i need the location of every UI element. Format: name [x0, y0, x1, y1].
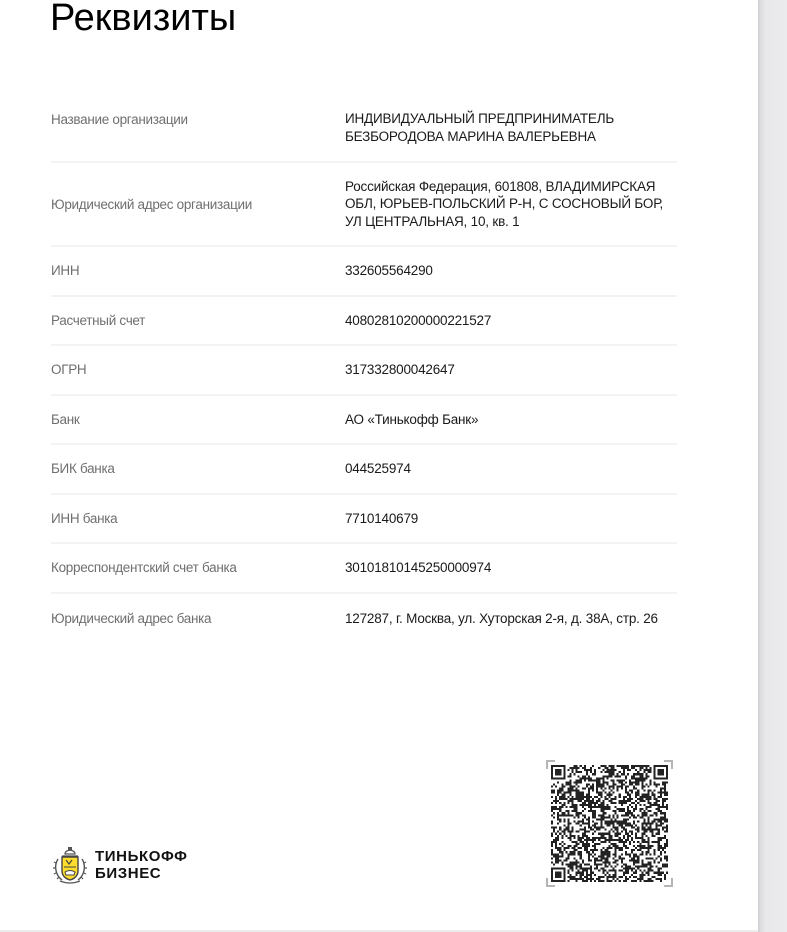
row-label: ИНН банка [51, 511, 345, 526]
row-label: Расчетный счет [51, 313, 345, 328]
details-row-bank: Банк АО «Тинькофф Банк» [51, 396, 677, 446]
details-row-org-address: Юридический адрес организации Российская… [51, 163, 677, 247]
viewer-side-gutter [758, 0, 787, 932]
row-label: БИК банка [51, 461, 345, 476]
details-row-ogrn: ОГРН 317332800042647 [51, 346, 677, 396]
details-row-org-name: Название организации ИНДИВИДУАЛЬНЫЙ ПРЕД… [51, 99, 677, 163]
details-row-bik: БИК банка 044525974 [51, 445, 677, 495]
row-value[interactable]: 30101810145250000974 [345, 559, 677, 577]
details-row-inn: ИНН 332605564290 [51, 247, 677, 297]
tinkoff-emblem-icon [52, 845, 88, 885]
row-value[interactable]: АО «Тинькофф Банк» [345, 411, 677, 429]
details-row-account: Расчетный счет 40802810200000221527 [51, 297, 677, 347]
row-value[interactable]: 332605564290 [345, 262, 677, 280]
row-label: Название организации [51, 110, 345, 127]
logo-line-1: ТИНЬКОФФ [95, 848, 188, 865]
page-title: Реквизиты [50, 0, 236, 40]
row-value[interactable]: Российская Федерация, 601808, ВЛАДИМИРСК… [345, 178, 677, 231]
row-label: Юридический адрес банка [51, 611, 345, 626]
logo-line-2: БИЗНЕС [95, 865, 188, 882]
logo-wordmark: ТИНЬКОФФ БИЗНЕС [95, 848, 188, 882]
row-value[interactable]: 7710140679 [345, 510, 677, 528]
row-label: ОГРН [51, 362, 345, 377]
qr-code-icon [551, 765, 668, 882]
row-label: ИНН [51, 263, 345, 278]
document-page: Реквизиты Название организации ИНДИВИДУА… [0, 0, 758, 930]
details-row-bank-inn: ИНН банка 7710140679 [51, 495, 677, 545]
row-value[interactable]: 044525974 [345, 460, 677, 478]
row-value[interactable]: 127287, г. Москва, ул. Хуторская 2-я, д.… [345, 610, 677, 628]
row-value[interactable]: 317332800042647 [345, 361, 677, 379]
row-value[interactable]: ИНДИВИДУАЛЬНЫЙ ПРЕДПРИНИМАТЕЛЬ БЕЗБОРОДО… [345, 110, 677, 145]
document-viewport: Реквизиты Название организации ИНДИВИДУА… [0, 0, 787, 932]
payment-qr-code[interactable] [546, 760, 673, 887]
details-row-corr-account: Корреспондентский счет банка 30101810145… [51, 544, 677, 594]
requisites-table: Название организации ИНДИВИДУАЛЬНЫЙ ПРЕД… [51, 99, 677, 644]
row-value[interactable]: 40802810200000221527 [345, 312, 677, 330]
row-label: Корреспондентский счет банка [51, 560, 345, 575]
row-label: Банк [51, 412, 345, 427]
tinkoff-business-logo: ТИНЬКОФФ БИЗНЕС [52, 845, 188, 885]
row-label: Юридический адрес организации [51, 197, 345, 212]
details-row-bank-address: Юридический адрес банка 127287, г. Москв… [51, 594, 677, 644]
